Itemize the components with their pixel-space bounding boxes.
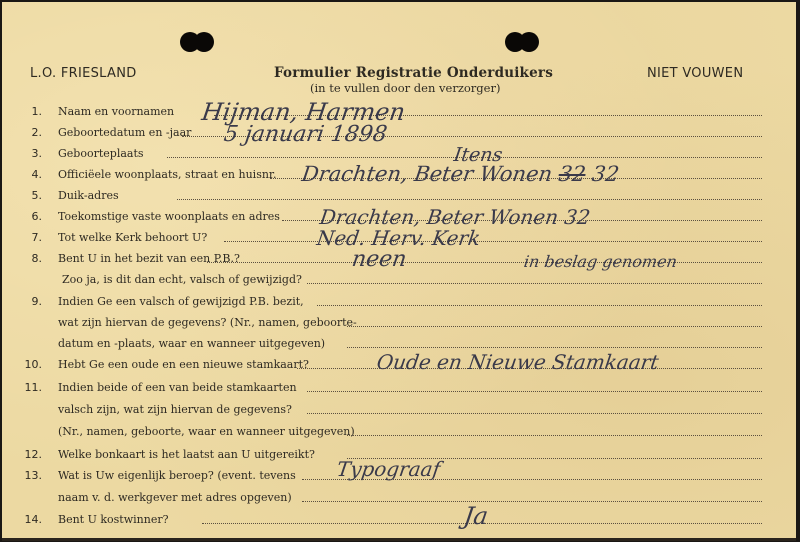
punch-hole	[194, 32, 214, 52]
question-label: Naam en voornamen	[58, 105, 174, 118]
question-label: Welke bonkaart is het laatst aan U uitge…	[58, 448, 315, 461]
question-label: Hebt Ge een oude en een nieuwe stamkaart…	[58, 358, 309, 371]
answer-line	[224, 241, 762, 242]
answer-line	[347, 347, 762, 348]
answer-line	[347, 326, 762, 327]
answer-birthdate: 5 januari 1898	[222, 122, 388, 147]
question-number: 10.	[16, 358, 42, 371]
question-number: 9.	[16, 295, 42, 308]
answer-line	[307, 391, 762, 392]
form-row: wat zijn hiervan de gegevens? (Nr., name…	[2, 313, 792, 333]
answer-line	[177, 199, 762, 200]
form-row: 9.Indien Ge een valsch of gewijzigd P.B.…	[2, 292, 792, 312]
question-number: 8.	[16, 252, 42, 265]
question-label: Toekomstige vaste woonplaats en adres	[58, 210, 280, 223]
form-row: 11.Indien beide of een van beide stamkaa…	[2, 378, 792, 398]
question-number: 14.	[16, 513, 42, 526]
question-label: datum en -plaats, waar en wanneer uitgeg…	[58, 337, 325, 350]
question-label: Geboortedatum en -jaar	[58, 126, 191, 139]
form-subtitle: (in te vullen door den verzorger)	[310, 81, 500, 95]
question-number: 6.	[16, 210, 42, 223]
question-label: (Nr., namen, geboorte, waar en wanneer u…	[58, 425, 355, 438]
question-label: wat zijn hiervan de gegevens? (Nr., name…	[58, 316, 357, 329]
punch-hole	[519, 32, 539, 52]
question-number: 2.	[16, 126, 42, 139]
question-label: Bent U kostwinner?	[58, 513, 168, 526]
answer-line	[207, 262, 762, 263]
question-label: Wat is Uw eigenlijk beroep? (event. teve…	[58, 469, 296, 482]
answer-profession: Typograaf	[335, 457, 441, 481]
form-row: 14.Bent U kostwinner?	[2, 510, 792, 530]
form-row: 3.Geboorteplaats	[2, 144, 792, 164]
answer-breadwinner: Ja	[462, 502, 490, 530]
answer-line	[317, 305, 762, 306]
question-number: 13.	[16, 469, 42, 482]
registration-form: L.O. FRIESLAND Formulier Registratie Ond…	[2, 2, 796, 541]
answer-line	[347, 435, 762, 436]
form-row: 5.Duik-adres	[2, 186, 792, 206]
question-number: 1.	[16, 105, 42, 118]
question-label: Indien Ge een valsch of gewijzigd P.B. b…	[58, 295, 304, 308]
question-label: valsch zijn, wat zijn hiervan de gegeven…	[58, 403, 292, 416]
question-number: 3.	[16, 147, 42, 160]
form-row: Zoo ja, is dit dan echt, valsch of gewij…	[2, 270, 792, 290]
question-label: Officiëele woonplaats, straat en huisnr.	[58, 168, 276, 181]
answer-line	[307, 413, 762, 414]
answer-residence-struck: 32	[557, 162, 587, 186]
question-label: Geboorteplaats	[58, 147, 144, 160]
question-number: 5.	[16, 189, 42, 202]
question-number: 12.	[16, 448, 42, 461]
question-label: Tot welke Kerk behoort U?	[58, 231, 207, 244]
form-row: valsch zijn, wat zijn hiervan de gegeven…	[2, 400, 792, 420]
answer-residence: Drachten, Beter Wonen 32 32	[300, 162, 620, 186]
question-label: Bent U in het bezit van een P.B.?	[58, 252, 240, 265]
question-label: Zoo ja, is dit dan echt, valsch of gewij…	[62, 273, 302, 286]
question-label: naam v. d. werkgever met adres opgeven)	[58, 491, 292, 504]
form-row: (Nr., namen, geboorte, waar en wanneer u…	[2, 422, 792, 442]
answer-stamkaart: Oude en Nieuwe Stamkaart	[375, 350, 660, 374]
question-number: 4.	[16, 168, 42, 181]
question-label: Duik-adres	[58, 189, 119, 202]
answer-residence-text: Drachten, Beter Wonen	[300, 162, 554, 186]
question-number: 7.	[16, 231, 42, 244]
form-row: 2.Geboortedatum en -jaar	[2, 123, 792, 143]
organization-label: L.O. FRIESLAND	[30, 66, 137, 81]
answer-pb: neen	[350, 247, 408, 272]
answer-line	[307, 283, 762, 284]
notice-label: NIET VOUWEN	[647, 66, 743, 81]
form-title: Formulier Registratie Onderduikers	[274, 65, 553, 81]
question-label: Indien beide of een van beide stamkaarte…	[58, 381, 297, 394]
answer-residence-number: 32	[591, 162, 621, 186]
question-number: 11.	[16, 381, 42, 394]
answer-line	[302, 501, 762, 502]
answer-pb-note: in beslag genomen	[523, 252, 679, 271]
form-row: naam v. d. werkgever met adres opgeven)	[2, 488, 792, 508]
